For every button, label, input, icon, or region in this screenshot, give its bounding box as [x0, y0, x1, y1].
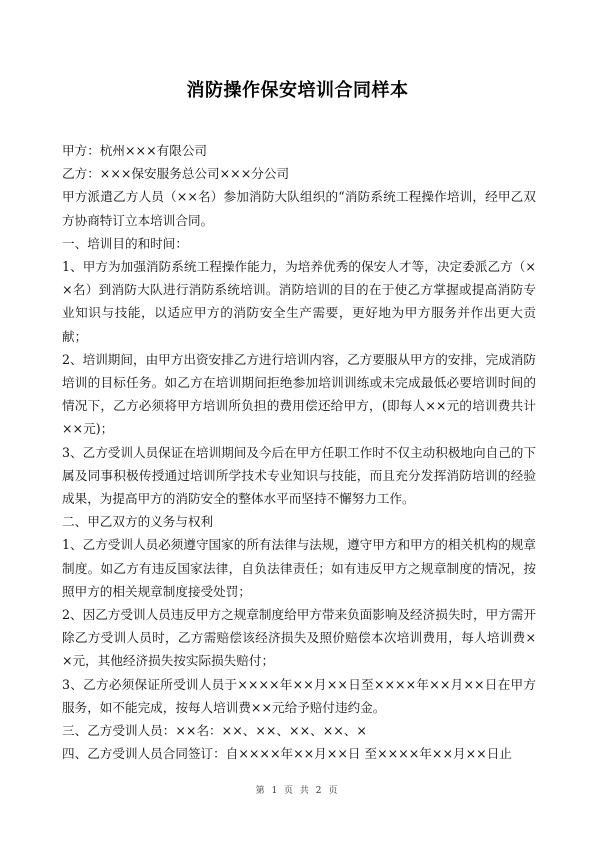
clause-2-2: 2、因乙方受训人员违反甲方之规章制度给甲方带来负面影响及经济损失时，甲方需开除乙… [62, 603, 536, 673]
page-indicator: 第 1 页 共 2 页 [0, 783, 595, 796]
document-body: 甲方：杭州×××有限公司 乙方：×××保安服务总公司×××分公司 甲方派遣乙方人… [62, 139, 536, 765]
clause-2-3: 3、乙方必须保证所受训人员于××××年××月××日至××××年××月××日在甲方… [62, 673, 536, 719]
section-heading-4: 四、乙方受训人员合同签订：自××××年××月××日 至××××年××月××日止 [62, 742, 536, 765]
document-title: 消防操作保安培训合同样本 [0, 76, 595, 102]
section-heading-1: 一、培训目的和时间： [62, 232, 536, 255]
preamble: 甲方派遣乙方人员（××名）参加消防大队组织的“消防系统工程操作培训，经甲乙双方协… [62, 185, 536, 231]
clause-1-2: 2、培训期间，由甲方出资安排乙方进行培训内容，乙方要服从甲方的安排，完成消防培训… [62, 348, 536, 441]
section-heading-3: 三、乙方受训人员：××名：××、××、××、××、× [62, 719, 536, 742]
clause-1-3: 3、乙方受训人员保证在培训期间及今后在甲方任职工作时不仅主动积极地向自己的下属及… [62, 441, 536, 511]
party-a: 甲方：杭州×××有限公司 [62, 139, 536, 162]
clause-2-1: 1、乙方受训人员必须遵守国家的所有法律与法规，遵守甲方和甲方的相关机构的规章制度… [62, 533, 536, 603]
clause-1-1: 1、甲方为加强消防系统工程操作能力，为培养优秀的保安人才等，决定委派乙方（××名… [62, 255, 536, 348]
section-heading-2: 二、甲乙双方的义务与权利 [62, 510, 536, 533]
party-b: 乙方：×××保安服务总公司×××分公司 [62, 162, 536, 185]
